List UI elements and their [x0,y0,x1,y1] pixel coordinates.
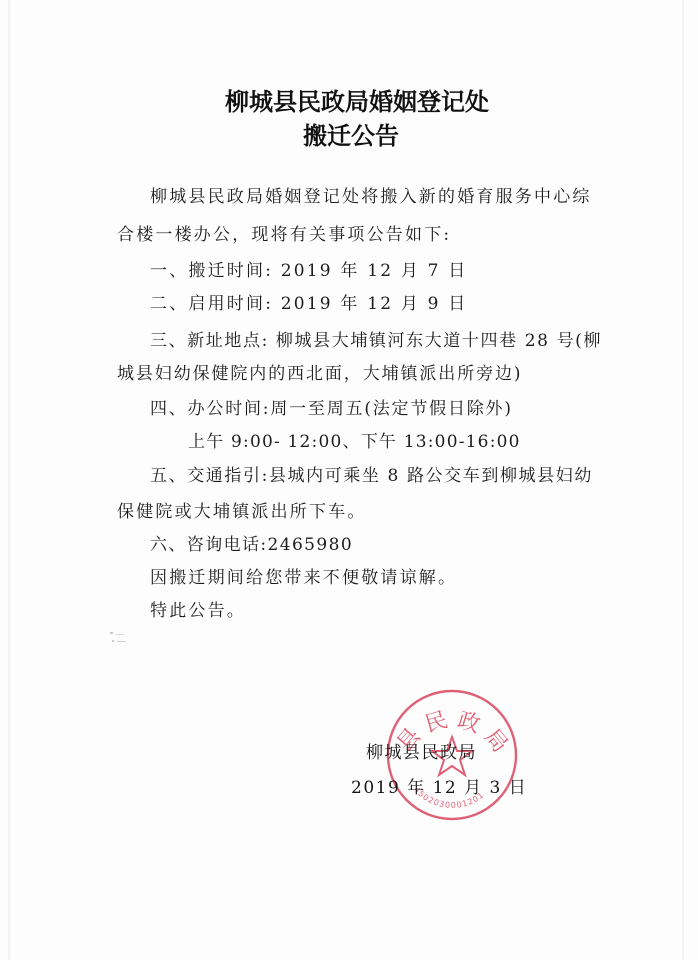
item-opening-time: 二、启用时间: 2019 年 12 月 9 日 [150,289,467,314]
item-new-address-line2: 城县妇幼保健院内的西北面，大埔镇派出所旁边) [117,359,522,384]
scan-specks [110,632,130,652]
body-paragraph-intro-line1: 柳城县民政局婚姻登记处将搬入新的婚育服务中心综 [150,182,592,207]
item-office-hours-detail: 上午 9:00- 12:00、下午 13:00-16:00 [188,427,521,452]
apology-text: 因搬迁期间给您带来不便敬请谅解。 [150,563,457,588]
item-new-address-line1: 三、新址地点: 柳城县大埔镇河东大道十四巷 28 号(柳 [150,326,602,351]
signature-issuer: 柳城县民政局 [366,738,477,763]
closing-text: 特此公告。 [150,596,246,621]
item-office-hours: 四、办公时间:周一至周五(法定节假日除外) [150,394,513,419]
document-page: 柳城县民政局婚姻登记处 搬迁公告 柳城县民政局婚姻登记处将搬入新的婚育服务中心综… [0,0,698,960]
document-title: 柳城县民政局婚姻登记处 [8,82,698,117]
body-paragraph-intro-line2: 合楼一楼办公，现将有关事项公告如下: [117,220,451,245]
signature-date: 2019 年 12 月 3 日 [351,773,527,798]
item-relocation-time: 一、搬迁时间: 2019 年 12 月 7 日 [150,256,467,281]
item-transport-line1: 五、交通指引:县城内可乘坐 8 路公交车到柳城县妇幼 [150,461,593,486]
document-subtitle: 搬迁公告 [2,116,698,151]
item-hotline: 六、咨询电话:2465980 [150,530,353,555]
item-transport-line2: 保健院或大埔镇派出所下车。 [117,497,367,522]
